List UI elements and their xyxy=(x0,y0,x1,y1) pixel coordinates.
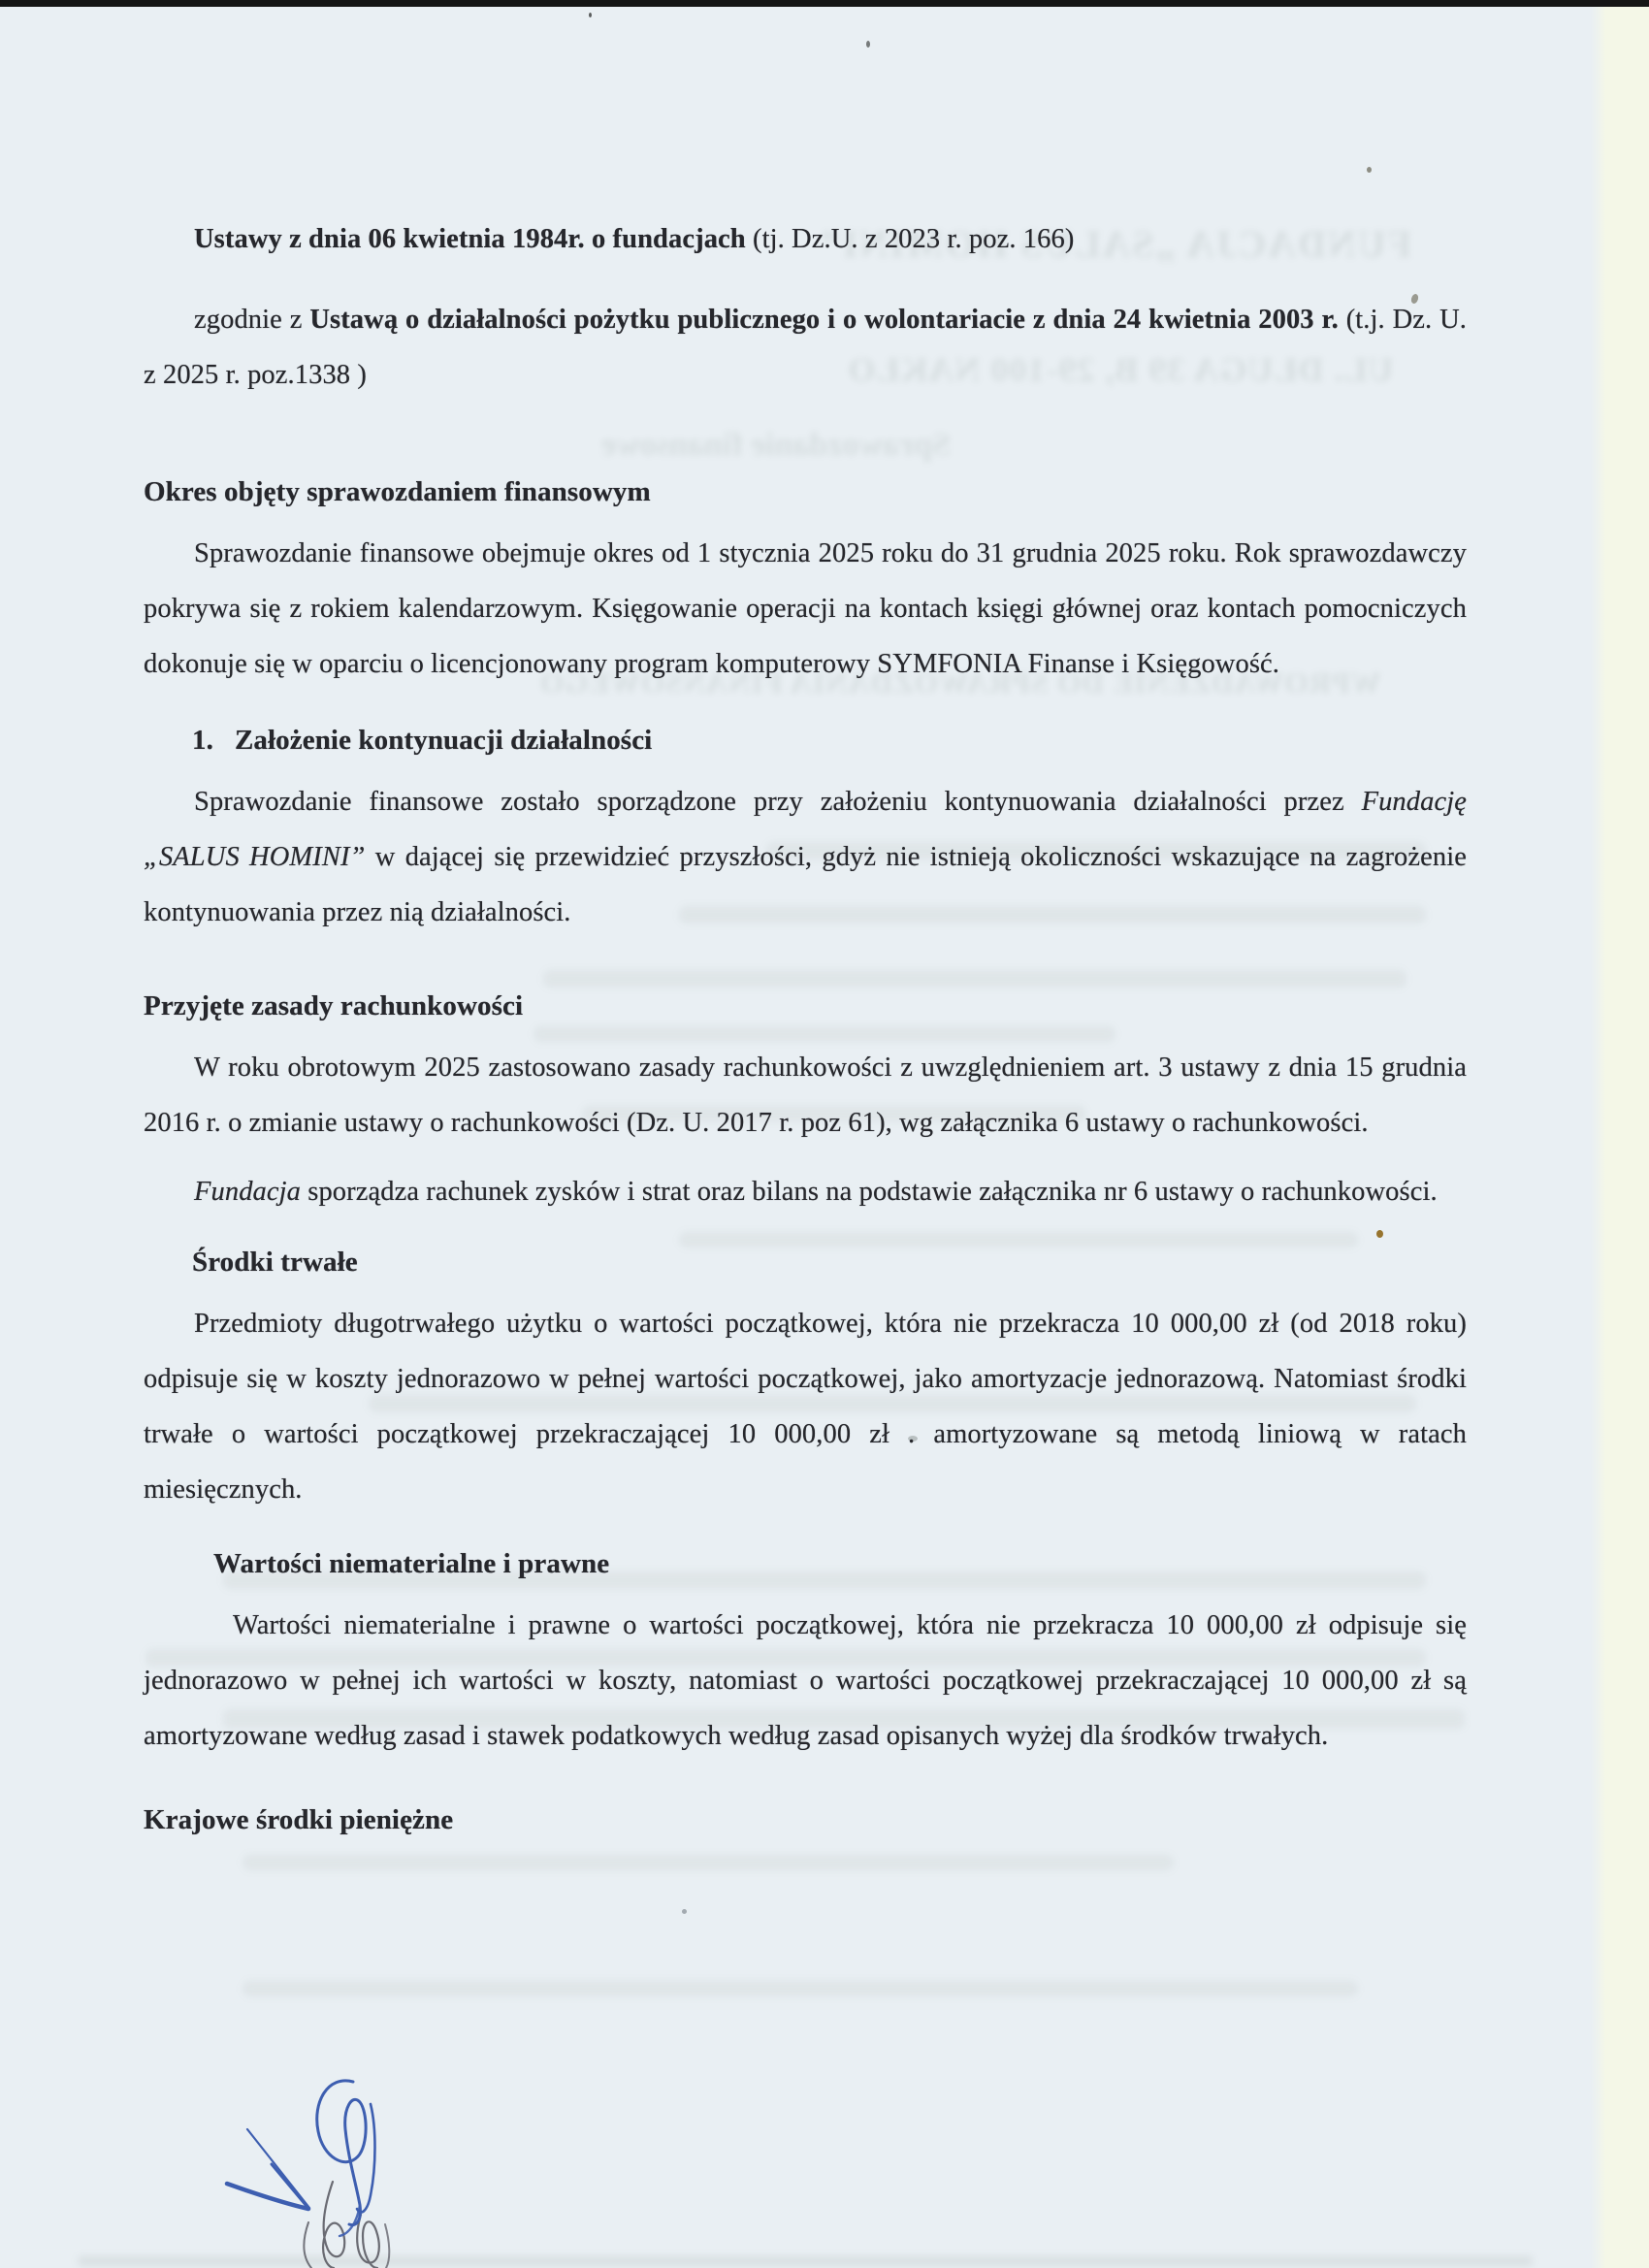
bleedthrough-blur-line xyxy=(242,1981,1358,1996)
dust-speck xyxy=(589,13,592,17)
paper-edge-strip xyxy=(1604,7,1649,2268)
paragraph-zasady-body: W roku obrotowym 2025 zastosowano zasady… xyxy=(144,1040,1467,1150)
fundacja-rest: sporządza rachunek zysków i strat oraz b… xyxy=(301,1177,1438,1207)
paragraph-ustawa-1984: Ustawy z dnia 06 kwietnia 1984r. o funda… xyxy=(144,211,1467,267)
list-number: 1. xyxy=(192,713,213,768)
paragraph-wnip-body: Wartości niematerialne i prawne o wartoś… xyxy=(144,1598,1467,1764)
paper-edge-fade xyxy=(1591,7,1604,2268)
paragraph-fundacja-bilans: Fundacja sporządza rachunek zysków i str… xyxy=(144,1164,1467,1219)
section-heading-zalozenie: 1.Założenie kontynuacji działalności xyxy=(144,713,1467,768)
zalozenie-heading-text: Założenie kontynuacji działalności xyxy=(235,725,652,756)
scanned-document-page: FUNDACJA „SALUS HOMINI” UL. DŁUGA 39 B, … xyxy=(0,0,1649,2268)
paragraph-zalozenie-body: Sprawozdanie finansowe zostało sporządzo… xyxy=(144,774,1467,940)
section-heading-zasady: Przyjęte zasady rachunkowości xyxy=(144,979,1467,1034)
ustawa-1984-bold-text: Ustawy z dnia 06 kwietnia 1984r. o funda… xyxy=(194,224,746,254)
scanner-edge-top xyxy=(0,0,1649,7)
paragraph-okres-body: Sprawozdanie finansowe obejmuje okres od… xyxy=(144,526,1467,692)
dust-speck xyxy=(1367,167,1372,173)
section-heading-krajowe-srodki: Krajowe środki pieniężne xyxy=(144,1793,1467,1848)
dust-speck xyxy=(866,41,870,48)
section-heading-srodki-trwale: Środki trwałe xyxy=(144,1235,1467,1290)
section-heading-okres: Okres objęty sprawozdaniem finansowym xyxy=(144,465,1467,520)
paragraph-srodki-trwale-body: Przedmioty długotrwałego użytku o wartoś… xyxy=(144,1296,1467,1517)
handwritten-signature xyxy=(215,2069,458,2268)
document-body: Ustawy z dnia 06 kwietnia 1984r. o funda… xyxy=(144,211,1467,1848)
ustawa-2003-bold-text: Ustawą o działalności pożytku publiczneg… xyxy=(309,305,1339,335)
ustawa-1984-reference: (tj. Dz.U. z 2023 r. poz. 166) xyxy=(746,224,1075,254)
section-heading-wnip: Wartości niematerialne i prawne xyxy=(144,1537,1467,1592)
zalozenie-body-pre: Sprawozdanie finansowe zostało sporządzo… xyxy=(194,787,1362,817)
fundacja-italic: Fundacja xyxy=(194,1177,301,1207)
paragraph-ustawa-2003: zgodnie z Ustawą o działalności pożytku … xyxy=(144,292,1467,403)
ustawa-2003-prefix: zgodnie z xyxy=(194,305,309,335)
bleedthrough-blur-line xyxy=(242,1855,1174,1870)
dust-speck xyxy=(682,1909,687,1914)
